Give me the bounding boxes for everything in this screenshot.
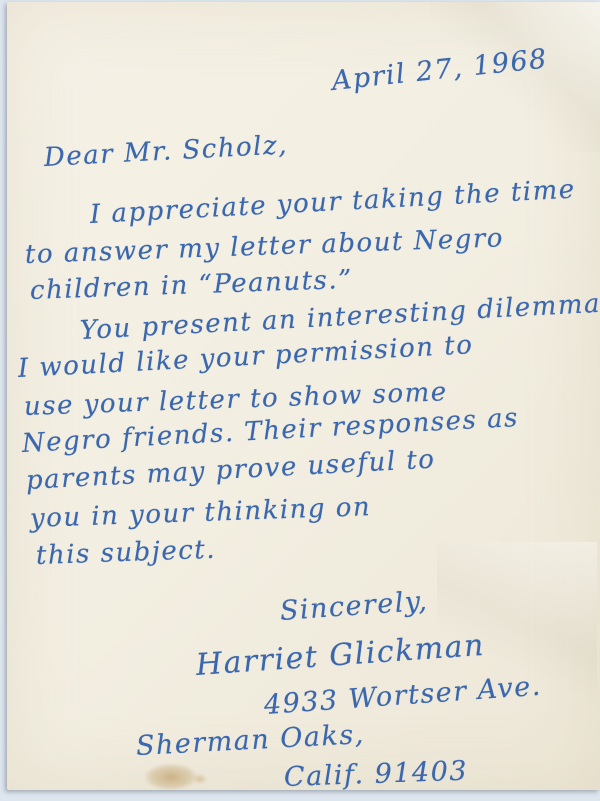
scanned-letter: April 27, 1968 Dear Mr. Scholz, I apprec… <box>0 0 600 801</box>
paper-stain-speck <box>193 774 207 784</box>
address-line: Calif. 91403 <box>283 756 468 793</box>
body-line: this subject. <box>35 535 216 571</box>
paper-stain <box>145 764 197 790</box>
